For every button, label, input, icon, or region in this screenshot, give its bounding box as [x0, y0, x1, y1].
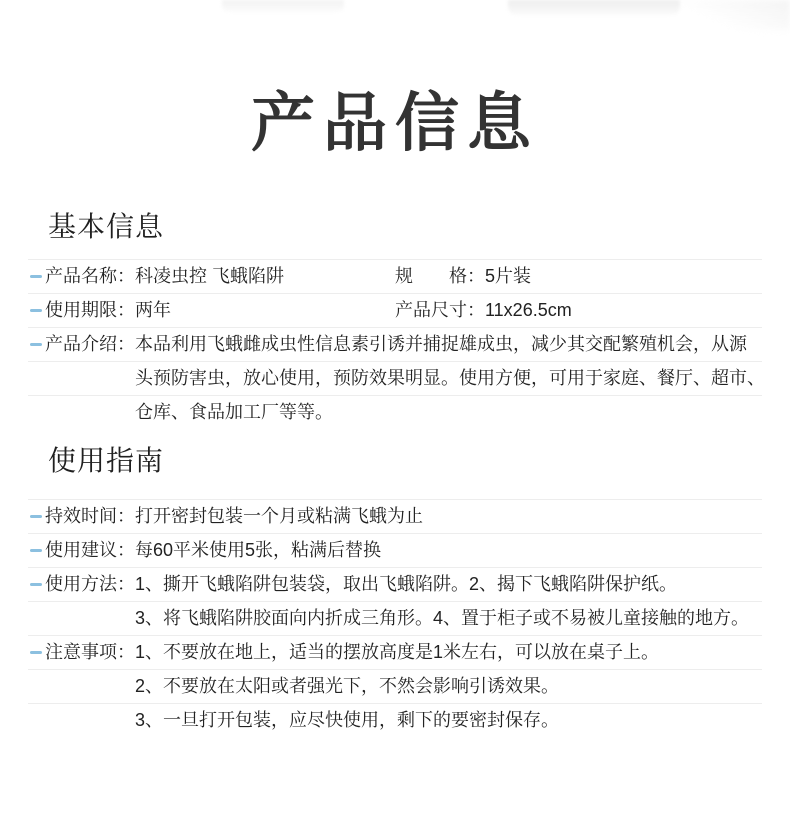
row-notes-line1: 注意事项：1、不要放在地上，适当的摆放高度是1米左右，可以放在桌子上。: [28, 635, 762, 669]
row-notes-line2: 2、不要放在太阳或者强光下，不然会影响引诱效果。: [28, 669, 762, 703]
dash-bullet-icon: [30, 549, 42, 552]
field-label: 使用期限：: [45, 300, 135, 320]
row-product-intro-line2: 头预防害虫，放心使用，预防效果明显。使用方便，可用于家庭、餐厅、超市、: [28, 361, 762, 395]
field-value: 每60平米使用5张，粘满后替换: [135, 534, 381, 567]
top-right-shadow: [680, 0, 790, 30]
field-label: 产品名称：: [45, 266, 135, 286]
dash-bullet-icon: [30, 583, 42, 586]
field-value: 1、不要放在地上，适当的摆放高度是1米左右，可以放在桌子上。: [135, 636, 659, 669]
row-usage-method-line1: 使用方法：1、撕开飞蛾陷阱包装袋，取出飞蛾陷阱。2、揭下飞蛾陷阱保护纸。: [28, 567, 762, 601]
dash-bullet-icon: [30, 275, 42, 278]
section-heading-guide: 使用指南: [48, 446, 790, 477]
row-product-name-and-spec: 产品名称：科凌虫控 飞蛾陷阱 规 格：5片装: [28, 259, 762, 293]
field-value: 11x26.5cm: [485, 300, 572, 320]
field-value: 本品利用飞蛾雌成虫性信息素引诱并捕捉雄成虫，减少其交配繁殖机会，从源: [135, 328, 747, 361]
field-product-name: 产品名称：科凌虫控 飞蛾陷阱: [45, 260, 395, 293]
field-value: 1、撕开飞蛾陷阱包装袋，取出飞蛾陷阱。2、揭下飞蛾陷阱保护纸。: [135, 568, 677, 601]
field-usage-period: 使用期限：两年: [45, 294, 395, 327]
top-image-remnant-right: [508, 0, 680, 16]
field-label: 产品介绍：: [45, 328, 135, 361]
dash-bullet-icon: [30, 515, 42, 518]
field-value: 仓库、食品加工厂等等。: [135, 396, 333, 429]
field-label: 使用方法：: [45, 568, 135, 601]
row-effective-time: 持效时间：打开密封包装一个月或粘满飞蛾为止: [28, 499, 762, 533]
dash-bullet-icon: [30, 651, 42, 654]
row-usage-period-and-size: 使用期限：两年 产品尺寸：11x26.5cm: [28, 293, 762, 327]
section-heading-basic: 基本信息: [48, 212, 790, 243]
field-value: 5片装: [485, 266, 531, 286]
page-title: 产品信息: [0, 88, 790, 158]
basic-info-table: 产品名称：科凌虫控 飞蛾陷阱 规 格：5片装 使用期限：两年 产品尺寸：11x2…: [28, 259, 762, 429]
field-value: 3、将飞蛾陷阱胶面向内折成三角形。4、置于柜子或不易被儿童接触的地方。: [135, 602, 749, 635]
field-value: 两年: [135, 300, 171, 320]
field-label: 规 格：: [395, 266, 485, 286]
row-notes-line3: 3、一旦打开包装，应尽快使用，剩下的要密封保存。: [28, 703, 762, 737]
row-product-intro-line1: 产品介绍：本品利用飞蛾雌成虫性信息素引诱并捕捉雄成虫，减少其交配繁殖机会，从源: [28, 327, 762, 361]
dash-bullet-icon: [30, 343, 42, 346]
row-usage-suggestion: 使用建议：每60平米使用5张，粘满后替换: [28, 533, 762, 567]
field-label: 注意事项：: [45, 636, 135, 669]
field-label: 持效时间：: [45, 500, 135, 533]
field-value: 3、一旦打开包装，应尽快使用，剩下的要密封保存。: [135, 704, 559, 737]
dash-bullet-icon: [30, 309, 42, 312]
field-label: 产品尺寸：: [395, 300, 485, 320]
field-value: 2、不要放在太阳或者强光下，不然会影响引诱效果。: [135, 670, 559, 703]
field-spec: 规 格：5片装: [395, 260, 762, 293]
field-label: 使用建议：: [45, 534, 135, 567]
row-usage-method-line2: 3、将飞蛾陷阱胶面向内折成三角形。4、置于柜子或不易被儿童接触的地方。: [28, 601, 762, 635]
field-value: 头预防害虫，放心使用，预防效果明显。使用方便，可用于家庭、餐厅、超市、: [135, 362, 765, 395]
field-value: 打开密封包装一个月或粘满飞蛾为止: [135, 500, 423, 533]
field-product-size: 产品尺寸：11x26.5cm: [395, 294, 762, 327]
row-product-intro-line3: 仓库、食品加工厂等等。: [28, 395, 762, 429]
usage-guide-table: 持效时间：打开密封包装一个月或粘满飞蛾为止 使用建议：每60平米使用5张，粘满后…: [28, 499, 762, 737]
top-image-remnant-left: [222, 0, 344, 13]
field-value: 科凌虫控 飞蛾陷阱: [135, 266, 284, 286]
